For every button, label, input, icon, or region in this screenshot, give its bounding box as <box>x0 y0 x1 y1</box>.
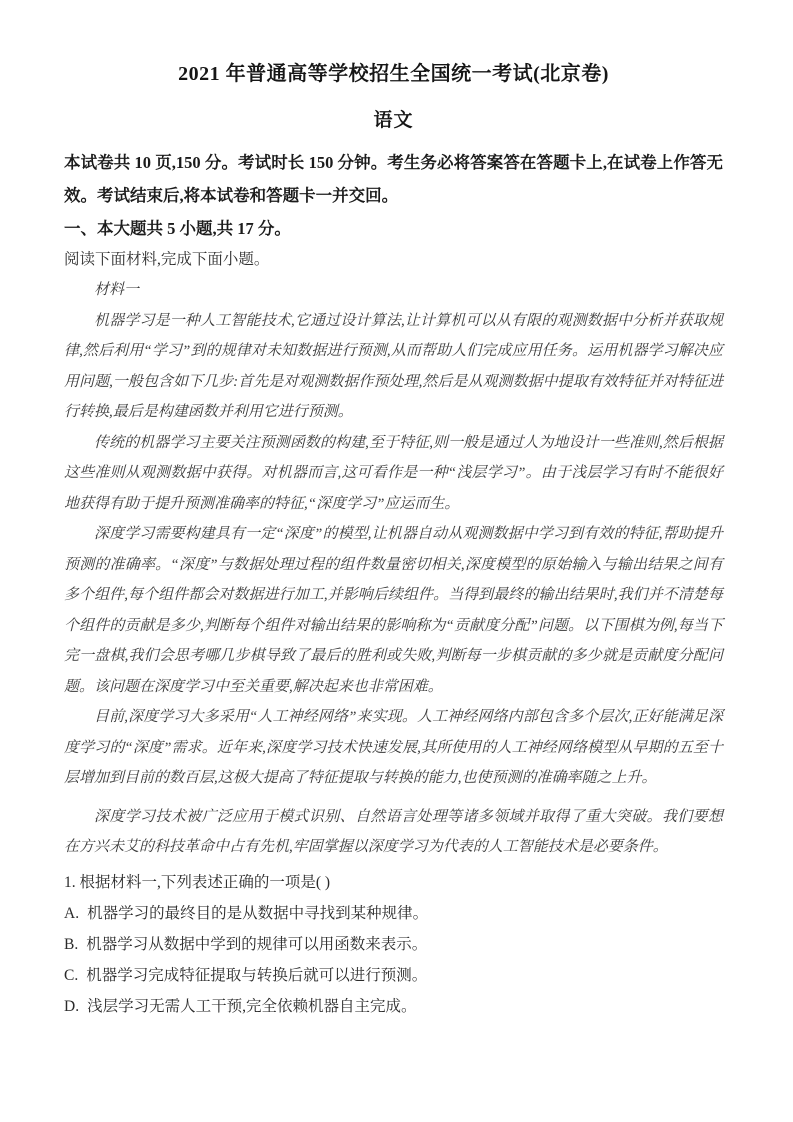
exam-title: 2021 年普通高等学校招生全国统一考试(北京卷) <box>64 60 723 88</box>
option-a-label: A. <box>64 905 79 922</box>
question-stem: 1. 根据材料一,下列表述正确的一项是( ) <box>64 867 723 898</box>
material-paragraph: 目前,深度学习大多采用“人工神经网络”来实现。人工神经网络内部包含多个层次,正好… <box>64 702 723 794</box>
option-a: A.机器学习的最终目的是从数据中寻找到某种规律。 <box>64 898 723 929</box>
option-b-text: 机器学习从数据中学到的规律可以用函数来表示。 <box>86 936 427 953</box>
option-d: D.浅层学习无需人工干预,完全依赖机器自主完成。 <box>64 991 723 1022</box>
option-d-label: D. <box>64 998 79 1015</box>
option-c-text: 机器学习完成特征提取与转换后就可以进行预测。 <box>86 967 427 984</box>
material-paragraph: 深度学习需要构建具有一定“深度”的模型,让机器自动从观测数据中学习到有效的特征,… <box>64 519 723 702</box>
material-label: 材料一 <box>64 275 723 306</box>
exam-notice: 本试卷共 10 页,150 分。考试时长 150 分钟。考生务必将答案答在答题卡… <box>64 146 723 212</box>
option-d-text: 浅层学习无需人工干预,完全依赖机器自主完成。 <box>87 998 416 1015</box>
exam-page: 2021 年普通高等学校招生全国统一考试(北京卷) 语文 本试卷共 10 页,1… <box>0 0 793 1122</box>
section-heading: 一、本大题共 5 小题,共 17 分。 <box>64 212 723 245</box>
exam-subject: 语文 <box>64 108 723 134</box>
question-1: 1. 根据材料一,下列表述正确的一项是( ) A.机器学习的最终目的是从数据中寻… <box>64 867 723 1022</box>
material-block: 材料一 机器学习是一种人工智能技术,它通过设计算法,让计算机可以从有限的观测数据… <box>64 275 723 863</box>
material-paragraph: 传统的机器学习主要关注预测函数的构建,至于特征,则一般是通过人为地设计一些准则,… <box>64 428 723 520</box>
option-c: C.机器学习完成特征提取与转换后就可以进行预测。 <box>64 960 723 991</box>
option-b-label: B. <box>64 936 78 953</box>
option-a-text: 机器学习的最终目的是从数据中寻找到某种规律。 <box>87 905 428 922</box>
material-paragraph: 机器学习是一种人工智能技术,它通过设计算法,让计算机可以从有限的观测数据中分析并… <box>64 306 723 428</box>
material-paragraph: 深度学习技术被广泛应用于模式识别、自然语言处理等诸多领域并取得了重大突破。我们要… <box>64 802 723 863</box>
reading-instruction: 阅读下面材料,完成下面小题。 <box>64 245 723 275</box>
option-c-label: C. <box>64 967 78 984</box>
option-b: B.机器学习从数据中学到的规律可以用函数来表示。 <box>64 929 723 960</box>
